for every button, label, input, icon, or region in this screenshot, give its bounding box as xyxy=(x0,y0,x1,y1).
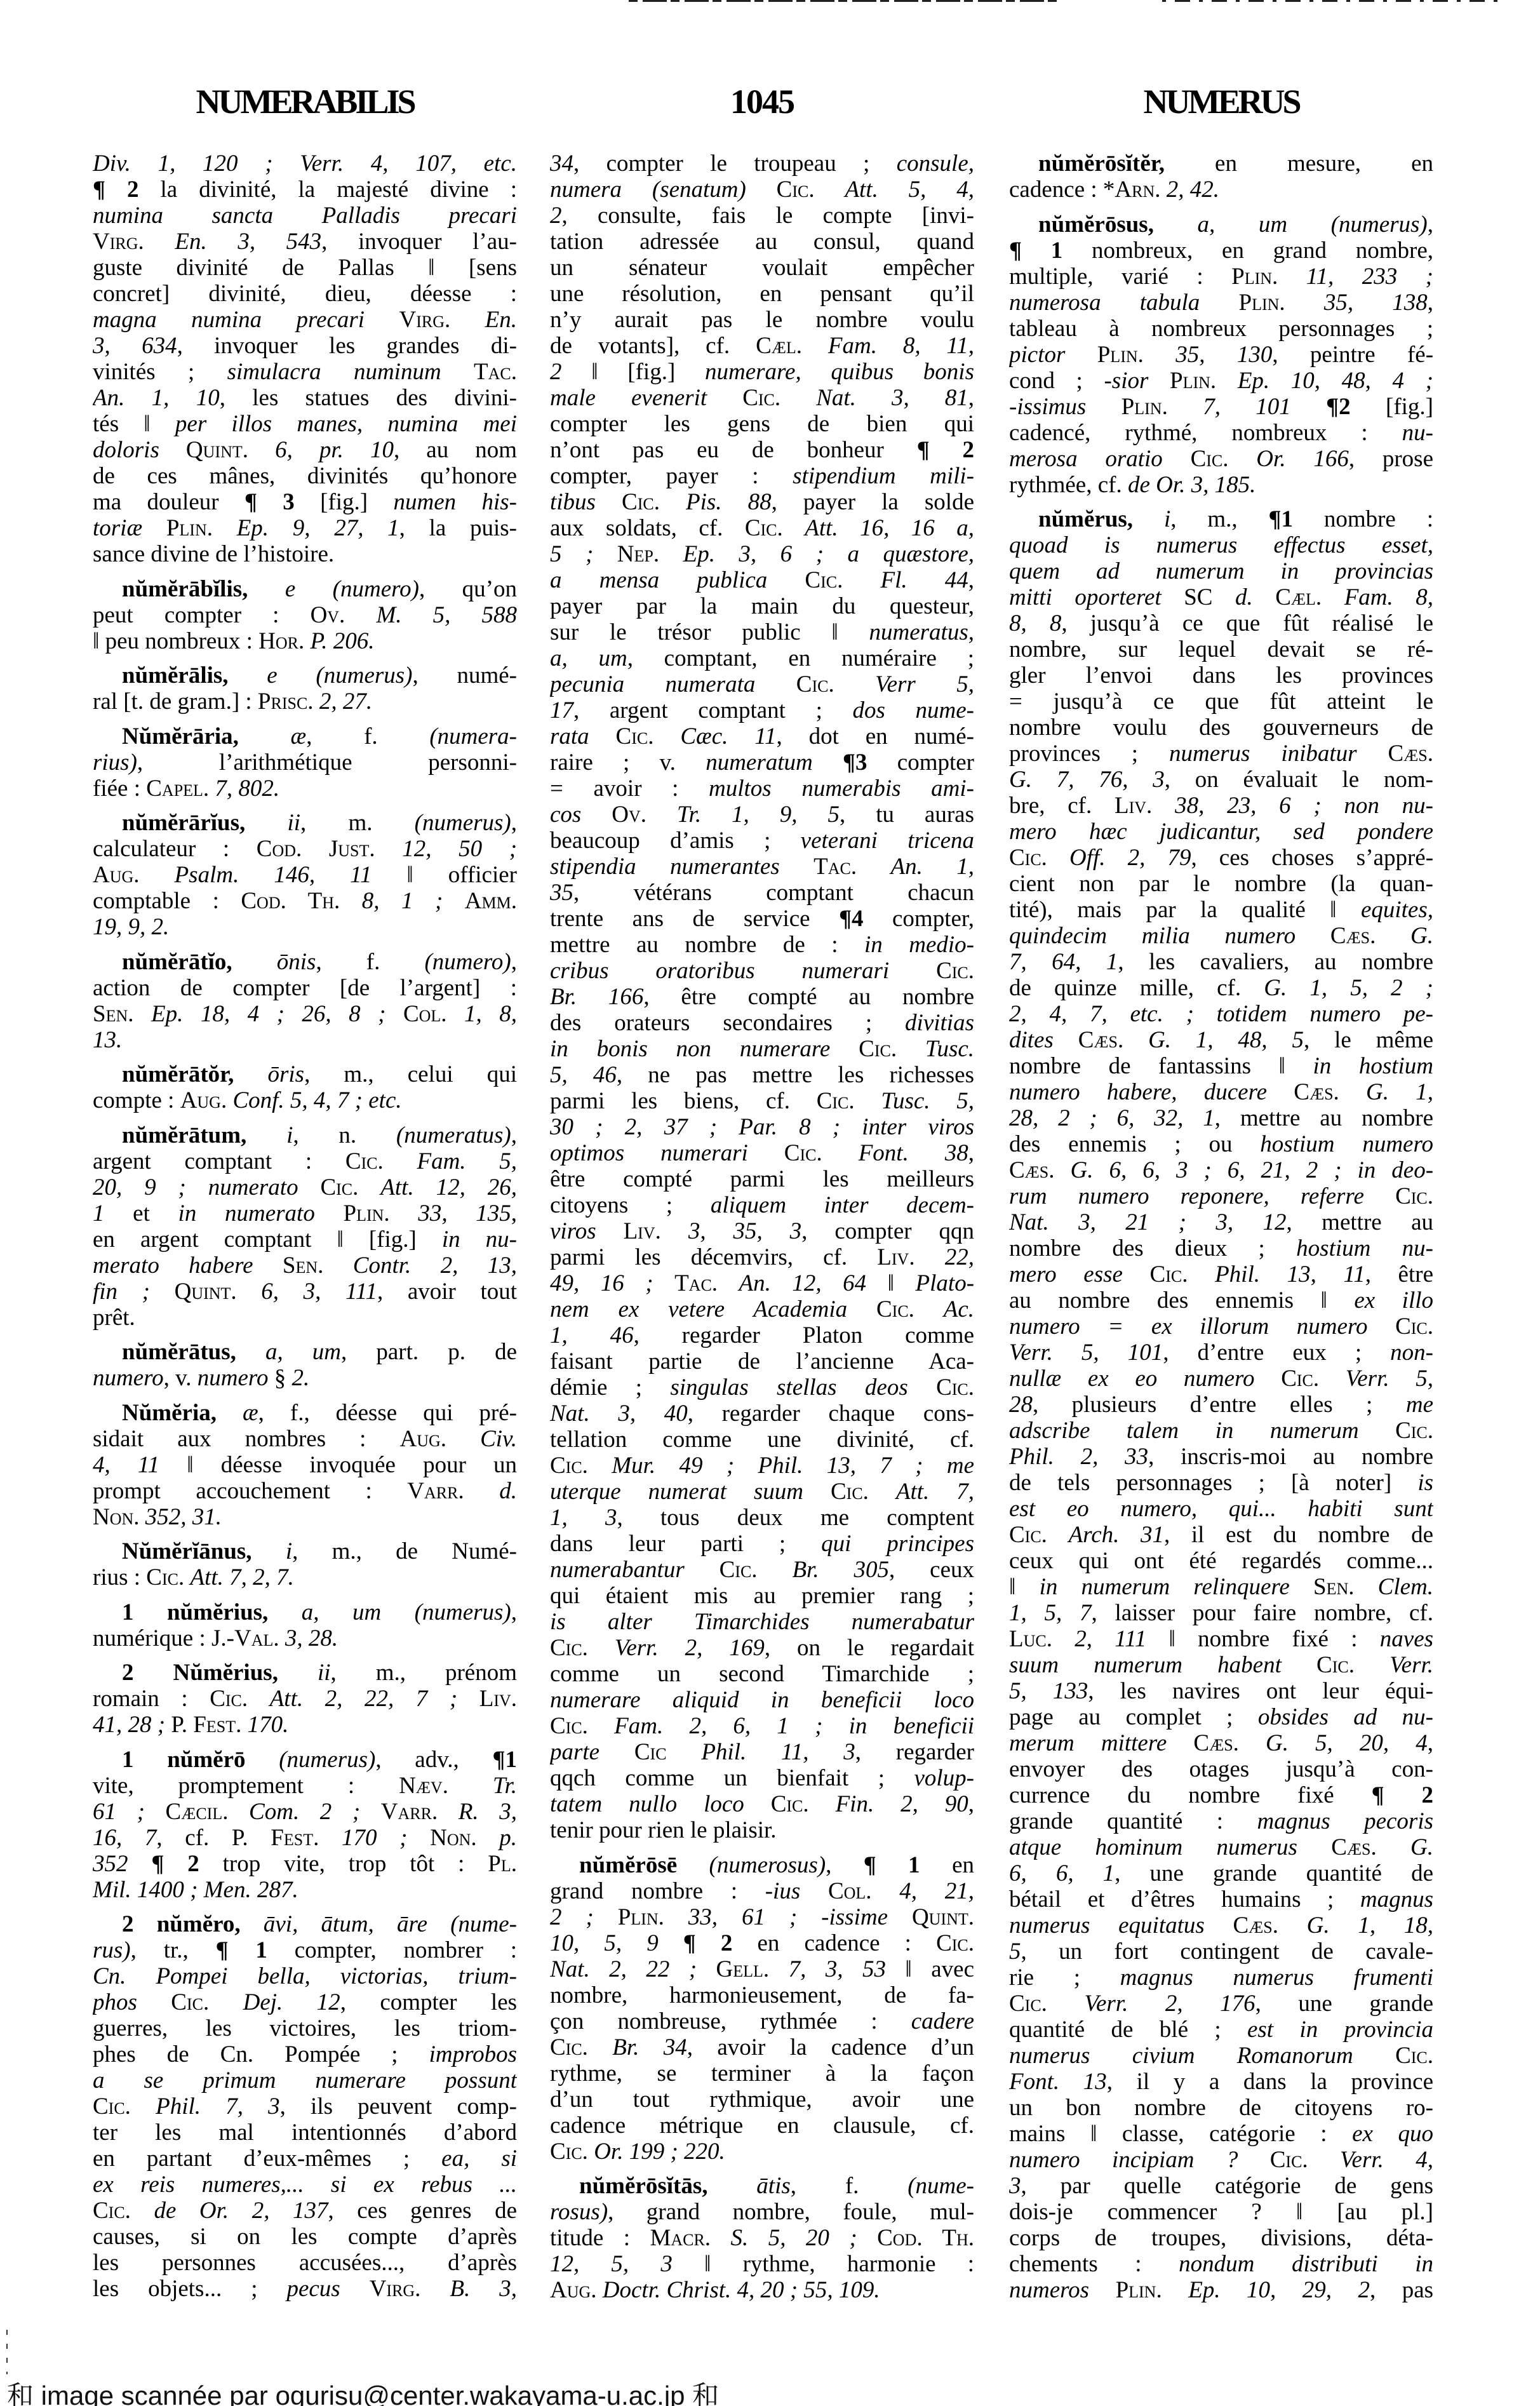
text-line: 2, consulte, fais le compte [invi- xyxy=(550,203,974,229)
latin-citation: cos xyxy=(550,802,581,828)
french-gloss xyxy=(707,2173,756,2199)
latin-citation: numen his- xyxy=(393,489,517,515)
latin-citation: Verr. 2, 169 xyxy=(615,1635,765,1661)
french-gloss: , part. p. de xyxy=(341,1339,517,1365)
text-line: numero habere, ducere Cæs. G. 1, xyxy=(1009,1079,1433,1105)
headword: nŭmĕrātŏr, xyxy=(122,1061,234,1087)
latin-citation: stipendium mili- xyxy=(793,463,974,489)
french-gloss xyxy=(1216,368,1238,394)
headword: Nŭmĕria, xyxy=(122,1400,217,1426)
text-line: toriæ Plin. Ep. 9, 27, 1, la puis- xyxy=(93,515,517,541)
author-abbreviation: Cic. xyxy=(859,1036,897,1062)
dictionary-entry: nŭmĕrōsē (numerosus), ¶ 1 engrand nombre… xyxy=(550,1852,974,2165)
french-gloss xyxy=(1367,1314,1395,1340)
author-abbreviation: Plin. xyxy=(344,1200,390,1227)
text-line: atque hominum numerus Cæs. G. xyxy=(1009,1834,1433,1860)
french-gloss xyxy=(661,1218,688,1244)
author-abbreviation: Tac. xyxy=(674,1270,718,1296)
author-abbreviation: Quint. xyxy=(912,1904,974,1930)
dictionary-entry: nŭmĕrābĭlis, e (numero), qu’onpeut compt… xyxy=(93,576,517,654)
latin-citation: 2 ; xyxy=(550,1904,594,1930)
latin-citation: 19, 9, 2. xyxy=(93,914,169,940)
text-line: titude : Macr. S. 5, 20 ; Cod. Th. xyxy=(550,2225,974,2251)
latin-citation: tibus xyxy=(550,489,596,515)
french-gloss: n’ont pas eu de bonheur xyxy=(550,437,917,463)
french-gloss xyxy=(477,1825,500,1851)
french-gloss: prêt. xyxy=(93,1305,135,1331)
french-gloss: ‖ officier xyxy=(372,862,517,888)
sense-marker: ¶ 2 xyxy=(1372,1782,1433,1808)
headword: nŭmĕrōsē xyxy=(579,1852,677,1878)
text-line: 1, 46, regarder Platon comme xyxy=(550,1322,974,1348)
text-line: ¶ 2 la divinité, la majesté divine : xyxy=(93,177,517,203)
text-line: causes, si on les compte d’après xyxy=(93,2224,517,2250)
author-abbreviation: Tac. xyxy=(474,359,517,385)
latin-citation: Verr 5, xyxy=(875,671,974,697)
text-line: bre, cf. Liv. 38, 23, 6 ; non nu- xyxy=(1009,793,1433,819)
text-line: Nŭmĕria, æ, f., déesse qui pré- xyxy=(93,1400,517,1426)
author-abbreviation: Cæs. xyxy=(1388,741,1434,767)
sense-marker: ¶4 xyxy=(839,906,863,932)
author-abbreviation: Cic. xyxy=(93,2093,131,2120)
french-gloss: , le même xyxy=(1304,1027,1433,1053)
french-gloss xyxy=(646,802,677,828)
french-gloss: au nombre des ennemis ‖ xyxy=(1009,1287,1354,1314)
french-gloss: nombre, sur lequel devait se ré- xyxy=(1009,636,1433,662)
french-gloss: , la puis- xyxy=(399,515,517,541)
french-gloss: compter, xyxy=(864,906,974,932)
text-line: quindecim milia numero Cæs. G. xyxy=(1009,923,1433,949)
french-gloss: de tels personnages ; [à noter] xyxy=(1009,1470,1417,1496)
french-gloss xyxy=(897,1036,925,1062)
author-abbreviation: Capel. xyxy=(146,776,209,802)
french-gloss: raire ; v. xyxy=(550,749,706,776)
latin-citation: numerus equitatus xyxy=(1009,1912,1205,1939)
latin-citation: non- xyxy=(1390,1340,1433,1366)
text-line: rythme, se terminer à la façon xyxy=(550,2060,974,2087)
author-abbreviation: Prisc. xyxy=(258,689,314,715)
headword: Nŭmĕrāria, xyxy=(122,723,239,749)
author-abbreviation: Aug. xyxy=(550,2277,597,2303)
latin-citation: mero hæc judicantur, sed pondere xyxy=(1009,819,1433,845)
latin-citation: mero esse xyxy=(1009,1261,1123,1287)
text-line: 2 ; Plin. 33, 61 ; -issime Quint. xyxy=(550,1904,974,1930)
french-gloss: , m., xyxy=(1170,506,1268,532)
latin-citation: 12, 5, 3 xyxy=(550,2251,673,2277)
french-gloss xyxy=(802,333,828,359)
text-line: mettre au nombre de : in medio- xyxy=(550,932,974,958)
french-gloss: , m., celui qui xyxy=(304,1061,517,1087)
latin-citation: Div. 1, 120 ; Verr. 4, 107, etc. xyxy=(93,151,517,177)
french-gloss: de quinze mille, cf. xyxy=(1009,975,1264,1001)
latin-citation: numeratum xyxy=(706,749,813,776)
french-gloss xyxy=(360,1799,381,1825)
latin-citation: 352 xyxy=(93,1851,128,1877)
latin-citation: Plato- xyxy=(916,1270,974,1296)
french-gloss: compter xyxy=(867,749,975,776)
author-abbreviation: Pl. xyxy=(488,1851,517,1877)
author-abbreviation: Liv. xyxy=(877,1244,914,1270)
latin-citation: 35, 138 xyxy=(1324,290,1428,316)
headword: nŭmĕrātus, xyxy=(122,1339,236,1365)
author-abbreviation: Varr. xyxy=(381,1799,438,1825)
french-gloss xyxy=(1123,1027,1148,1053)
author-abbreviation: Plin. xyxy=(1116,2277,1162,2303)
author-abbreviation: Sen. xyxy=(93,1001,134,1027)
latin-citation: veterani tricena xyxy=(801,828,974,854)
french-gloss: [fig.] xyxy=(295,489,394,515)
latin-citation: B. 3, xyxy=(450,2276,517,2302)
french-gloss xyxy=(1319,1366,1346,1392)
french-gloss xyxy=(279,1625,285,1651)
text-line: 35, vétérans comptant chacun xyxy=(550,880,974,906)
text-line: en argent comptant ‖ [fig.] in nu- xyxy=(93,1227,517,1253)
author-abbreviation: Cic. xyxy=(796,671,834,697)
text-line: 2 nŭmĕro, āvi, ātum, āre (nume- xyxy=(93,1911,517,1937)
author-abbreviation: Aug. xyxy=(93,862,140,888)
latin-citation: (numerus) xyxy=(415,810,511,836)
sense-marker: ¶ 1 xyxy=(864,1852,920,1878)
latin-citation: Phil. 2, 33 xyxy=(1009,1444,1148,1470)
french-gloss xyxy=(159,437,186,463)
latin-citation: En. 3, 543 xyxy=(175,229,321,255)
text-line: tableau à nombreux personnages ; xyxy=(1009,316,1433,342)
text-line: Cic. Phil. 7, 3, ils peuvent comp- xyxy=(93,2093,517,2120)
latin-citation: tatem nullo loco xyxy=(550,1791,744,1817)
latin-citation: dites xyxy=(1009,1027,1054,1053)
latin-citation: Contr. 2, 13, xyxy=(353,1253,517,1279)
french-gloss: , xyxy=(1428,1730,1433,1756)
text-line: 28, 2 ; 6, 32, 1, mettre au nombre xyxy=(1009,1105,1433,1131)
text-line: merum mittere Cæs. G. 5, 20, 4, xyxy=(1009,1730,1433,1756)
latin-citation: 5 xyxy=(1009,1939,1021,1965)
text-line: tenir pour rien le plaisir. xyxy=(550,1817,974,1843)
text-line: de quinze mille, cf. G. 1, 5, 2 ; xyxy=(1009,975,1433,1001)
french-gloss xyxy=(908,1374,936,1401)
author-abbreviation: Cic. xyxy=(1009,1991,1047,2017)
latin-citation: Conf. 5, 4, 7 ; etc. xyxy=(232,1087,401,1113)
french-gloss xyxy=(915,1244,945,1270)
text-line: Nat. 2, 22 ; Gell. 7, 3, 53 ‖ avec xyxy=(550,1956,974,1982)
text-line: Br. 166, être compté au nombre xyxy=(550,984,974,1010)
text-line: de ces mânes, divinités qu’honore xyxy=(93,463,517,489)
latin-citation: Com. 2 ; xyxy=(249,1799,360,1825)
latin-citation: merato habere xyxy=(93,1253,253,1279)
latin-citation: e (numerus) xyxy=(267,662,412,689)
french-gloss: en argent comptant ‖ [fig.] xyxy=(93,1227,442,1253)
dictionary-entry: 2 Nŭmĕrius, ii, m., prénomromain : Cic. … xyxy=(93,1660,517,1738)
latin-citation: Verr. 5, xyxy=(1346,1366,1433,1392)
text-line: nŭmĕrātŏr, ōris, m., celui qui xyxy=(93,1061,517,1087)
french-gloss: titude : xyxy=(550,2225,650,2251)
text-line: numérique : J.-Val. 3, 28. xyxy=(93,1625,517,1651)
french-gloss: , on évaluait le nom- xyxy=(1165,767,1433,793)
french-gloss: tenir pour rien le plaisir. xyxy=(550,1817,777,1843)
headword: 1 nŭmĕrius, xyxy=(122,1599,268,1625)
french-gloss xyxy=(165,1712,171,1738)
text-line: Virg. En. 3, 543, invoquer l’au- xyxy=(93,229,517,255)
french-gloss: n’y aurait pas le nombre voulu xyxy=(550,307,974,333)
french-gloss: , f. xyxy=(791,2173,907,2199)
latin-citation: e (numero) xyxy=(285,576,419,602)
author-abbreviation: Cic. xyxy=(745,515,783,541)
latin-citation: Verr. 5, 101 xyxy=(1009,1340,1163,1366)
french-gloss xyxy=(653,723,680,749)
text-line: qqch comme un bienfait ; volup- xyxy=(550,1765,974,1791)
latin-citation: suum numerum habent xyxy=(1009,1652,1282,1678)
author-abbreviation: Plin. xyxy=(1097,342,1144,368)
text-line: ceux qui ont été regardés comme... xyxy=(1009,1548,1433,1574)
text-line: sur le trésor public ‖ numeratus, xyxy=(550,619,974,645)
french-gloss xyxy=(667,1739,702,1765)
latin-citation: 6, 6, 1 xyxy=(1009,1860,1115,1886)
text-line: aux soldats, cf. Cic. Att. 16, 16 a, xyxy=(550,515,974,541)
latin-citation: stipendia numerantes xyxy=(550,854,780,880)
french-gloss: , d’entre eux ; xyxy=(1163,1340,1390,1366)
text-line: nullæ ex eo numero Cic. Verr. 5, xyxy=(1009,1366,1433,1392)
author-abbreviation: Cic. xyxy=(550,2139,588,2165)
author-abbreviation: Cic. xyxy=(345,1148,384,1174)
latin-citation: 1 xyxy=(93,1200,105,1227)
french-gloss xyxy=(1364,1183,1395,1209)
author-abbreviation: Cod. Just. xyxy=(257,836,375,862)
french-gloss xyxy=(443,888,464,914)
text-line: 5, un fort contingent de cavale- xyxy=(1009,1939,1433,1965)
text-line: tellation comme une divinité, cf. xyxy=(550,1427,974,1453)
french-gloss xyxy=(137,1989,171,2015)
text-line: 8, 8, jusqu’à ce que fût réalisé le xyxy=(1009,610,1433,636)
french-gloss: rythme, se terminer à la façon xyxy=(550,2060,974,2087)
text-line: cribus oratoribus numerari Cic. xyxy=(550,958,974,984)
french-gloss: , on le regardait xyxy=(765,1635,974,1661)
text-line: numerus equitatus Cæs. G. 1, 18, xyxy=(1009,1912,1433,1939)
text-line: 13. xyxy=(93,1027,517,1053)
french-gloss xyxy=(1255,1366,1282,1392)
headword: nŭmĕrōsĭtĕr, xyxy=(1038,151,1165,177)
french-gloss: , grand nombre, foule, mul- xyxy=(608,2199,974,2225)
sense-marker: ¶ 1 xyxy=(1009,238,1062,264)
french-gloss xyxy=(1200,290,1238,316)
latin-citation: ōnis xyxy=(277,949,316,975)
text-line: 10, 5, 9 ¶ 2 en cadence : Cic. xyxy=(550,1930,974,1956)
latin-citation: -ius xyxy=(765,1878,801,1904)
text-line: cadence métrique en clausule, cf. xyxy=(550,2113,974,2139)
latin-citation: 1, 46 xyxy=(550,1322,634,1348)
latin-citation: ōris xyxy=(268,1061,305,1087)
latin-citation: Fam. 8, 11, xyxy=(828,333,974,359)
french-gloss: rie ; xyxy=(1009,1965,1120,1991)
french-gloss: , ils peuvent comp- xyxy=(280,2093,517,2120)
latin-citation: 5 ; xyxy=(550,541,593,567)
french-gloss xyxy=(596,1218,624,1244)
text-line: ma douleur ¶ 3 [fig.] numen his- xyxy=(93,489,517,515)
latin-citation: Fin. 2, 90 xyxy=(836,1791,968,1817)
text-line: de tels personnages ; [à noter] is xyxy=(1009,1470,1433,1496)
french-gloss xyxy=(241,1712,247,1738)
french-gloss xyxy=(131,2198,154,2224)
french-gloss: , ceux xyxy=(889,1557,974,1583)
text-line: comptable : Cod. Th. 8, 1 ; Amm. xyxy=(93,888,517,914)
latin-citation: Font. 13 xyxy=(1009,2069,1107,2095)
latin-citation: Fl. 44 xyxy=(881,567,968,593)
latin-citation: 5, 46 xyxy=(550,1062,617,1088)
french-gloss: ‖ peu nombreux : xyxy=(93,628,258,654)
author-abbreviation: Quint. xyxy=(186,437,248,463)
latin-citation: de Or. 2, 137 xyxy=(154,2198,328,2224)
french-gloss: , m. xyxy=(300,810,415,836)
latin-citation: G. 7, 76, 3 xyxy=(1009,767,1165,793)
text-line: Cic. Verr. 2, 169, on le regardait xyxy=(550,1635,974,1661)
author-abbreviation: Cic xyxy=(634,1739,667,1765)
french-gloss: tellation comme une divinité, cf. xyxy=(550,1427,974,1453)
french-gloss xyxy=(217,1400,243,1426)
latin-citation: in numerum relinquere xyxy=(1040,1574,1290,1600)
french-gloss: , xyxy=(511,949,517,975)
text-line: cadence : *Arn. 2, 42. xyxy=(1009,177,1433,203)
text-line: Cic. de Or. 2, 137, ces genres de xyxy=(93,2198,517,2224)
french-gloss: , les navires ont leur équi- xyxy=(1088,1678,1433,1704)
latin-citation: a se primum numerare possunt xyxy=(93,2067,517,2093)
text-line: bétail et d’êtres humains ; magnus xyxy=(1009,1886,1433,1912)
french-gloss: les objets... ; xyxy=(93,2276,286,2302)
french-gloss xyxy=(596,489,622,515)
french-gloss: , qu’on xyxy=(419,576,517,602)
french-gloss: , un fort contingent de cavale- xyxy=(1021,1939,1434,1965)
french-gloss: en partant d’eux-mêmes ; xyxy=(93,2146,441,2172)
latin-citation: ii xyxy=(318,1660,331,1686)
author-abbreviation: Amm. xyxy=(465,888,517,914)
latin-citation: 4, 21, xyxy=(899,1878,974,1904)
french-gloss xyxy=(1229,446,1257,472)
french-gloss xyxy=(246,1747,279,1773)
author-abbreviation: Liv. xyxy=(479,1686,517,1712)
author-abbreviation: Cæcil. xyxy=(166,1799,229,1825)
text-line: compter, payer : stipendium mili- xyxy=(550,463,974,489)
latin-citation: Br. 166 xyxy=(550,984,643,1010)
french-gloss: sidait aux nombres : xyxy=(93,1426,400,1452)
french-gloss: sur le trésor public ‖ xyxy=(550,619,869,645)
author-abbreviation: P. Fest. xyxy=(171,1712,241,1738)
french-gloss: et xyxy=(105,1200,178,1227)
sense-marker: ¶1 xyxy=(493,1747,517,1773)
text-line: Aug. Doctr. Christ. 4, 20 ; 55, 109. xyxy=(550,2277,974,2303)
french-gloss: ‖ [fig.] xyxy=(562,359,705,385)
french-gloss xyxy=(128,1851,152,1877)
french-gloss: , peintre fé- xyxy=(1272,342,1433,368)
french-gloss: , payer la solde xyxy=(772,489,974,515)
french-gloss xyxy=(857,2225,877,2251)
french-gloss: citoyens ; xyxy=(550,1192,711,1218)
french-gloss: tation adressée au consul, quand xyxy=(550,229,974,255)
french-gloss xyxy=(767,567,805,593)
latin-citation: a, um (numerus) xyxy=(302,1599,511,1625)
french-gloss: , regarder chaque cons- xyxy=(688,1401,974,1427)
text-line: de votants], cf. Cæl. Fam. 8, 11, xyxy=(550,333,974,359)
latin-citation: Att. 5, 4, xyxy=(845,177,974,203)
french-gloss xyxy=(1065,342,1097,368)
latin-citation: Att. 7, 2, 7. xyxy=(190,1564,293,1590)
sense-marker: ¶ 3 xyxy=(244,489,295,515)
latin-citation: Doctr. Christ. 4, 20 ; 55, 109. xyxy=(603,2277,880,2303)
french-gloss: , ne pas mettre les richesses xyxy=(617,1062,974,1088)
author-abbreviation: Cæs. xyxy=(1078,1027,1124,1053)
text-line: les objets... ; pecus Virg. B. 3, xyxy=(93,2276,517,2302)
text-line: d’un tout rythmique, avoir une xyxy=(550,2087,974,2113)
latin-citation: i xyxy=(286,1122,293,1148)
french-gloss: la divinité, la majesté divine : xyxy=(139,177,518,203)
text-line: un sénateur voulait empêcher xyxy=(550,255,974,281)
text-line: nŭmĕrātum, i, n. (numeratus), xyxy=(93,1122,517,1148)
text-line: nŭmĕrōsĭtās, ātis, f. (nume- xyxy=(550,2173,974,2199)
latin-citation: 17 xyxy=(550,697,573,723)
author-abbreviation: Liv. xyxy=(1115,793,1152,819)
french-gloss: , ces choses s’appré- xyxy=(1191,845,1433,871)
text-line: numerosa tabula Plin. 35, 138, xyxy=(1009,290,1433,316)
latin-citation: 35, 130 xyxy=(1175,342,1272,368)
french-gloss xyxy=(464,1478,500,1504)
latin-citation: G. 1, 5, 2 ; xyxy=(1264,975,1433,1001)
french-gloss: currence du nombre fixé xyxy=(1009,1782,1372,1808)
text-line: 3, 634, invoquer les grandes di- xyxy=(93,333,517,359)
french-gloss: faisant partie de l’ancienne Aca- xyxy=(550,1348,974,1374)
headword: nŭmĕrus, xyxy=(1038,506,1133,532)
french-gloss xyxy=(800,1878,828,1904)
headword: Nŭmĕrĭānus, xyxy=(122,1538,252,1564)
headword: nŭmĕrālis, xyxy=(122,662,229,689)
french-gloss: grand nombre : xyxy=(550,1878,765,1904)
text-line: uterque numerat suum Cic. Att. 7, xyxy=(550,1479,974,1505)
latin-citation: 28 xyxy=(1009,1392,1033,1418)
french-gloss xyxy=(450,307,485,333)
latin-citation: 1, 3 xyxy=(550,1505,617,1531)
text-line: tatem nullo loco Cic. Fin. 2, 90, xyxy=(550,1791,974,1817)
latin-citation: simulacra numinum xyxy=(227,359,441,385)
text-line: tité), mais par la qualité ‖ equites, xyxy=(1009,897,1433,923)
dictionary-page: NUMERABILIS 1045 NUMERUS Div. 1, 120 ; V… xyxy=(0,0,1540,2406)
french-gloss xyxy=(1163,446,1191,472)
french-gloss xyxy=(365,307,399,333)
text-line: qui étaient mis au premier rang ; xyxy=(550,1583,974,1609)
latin-citation: 33, 135 xyxy=(418,1200,511,1227)
latin-citation: 61 ; xyxy=(93,1799,145,1825)
french-gloss xyxy=(783,515,805,541)
text-line: = jusqu’à ce que fût atteint le xyxy=(1009,689,1433,715)
author-abbreviation: Macr. xyxy=(650,2225,711,2251)
french-gloss xyxy=(769,1956,788,1982)
french-gloss: , tu auras xyxy=(840,802,974,828)
french-gloss xyxy=(253,1253,283,1279)
french-gloss: , avoir la cadence d’un xyxy=(687,2034,974,2060)
text-line: 61 ; Cæcil. Com. 2 ; Varr. R. 3, xyxy=(93,1799,517,1825)
latin-citation: consule, xyxy=(897,151,974,177)
text-line: rus), tr., ¶ 1 compter, nombrer : xyxy=(93,1937,517,1963)
text-line: adscribe talem in numerum Cic. xyxy=(1009,1418,1433,1444)
text-line: a mensa publica Cic. Fl. 44, xyxy=(550,567,974,593)
text-line: cos Ov. Tr. 1, 9, 5, tu auras xyxy=(550,802,974,828)
latin-citation: a, um xyxy=(550,645,627,671)
french-gloss xyxy=(1161,177,1167,203)
text-line: compte : Aug. Conf. 5, 4, 7 ; etc. xyxy=(93,1087,517,1113)
latin-citation: numero habere, ducere xyxy=(1009,1079,1267,1105)
text-line: Sen. Ep. 18, 4 ; 26, 8 ; Col. 1, 8, xyxy=(93,1001,517,1027)
text-line: viros Liv. 3, 35, 3, compter qqn xyxy=(550,1218,974,1244)
french-gloss: , f., déesse qui pré- xyxy=(258,1400,517,1426)
french-gloss: compte : xyxy=(93,1087,180,1113)
author-abbreviation: Cic. xyxy=(1395,2043,1433,2069)
author-abbreviation: Virg. xyxy=(93,229,144,255)
french-gloss xyxy=(1086,394,1121,420)
latin-citation: est eo numero, qui... habiti sunt xyxy=(1009,1496,1433,1522)
